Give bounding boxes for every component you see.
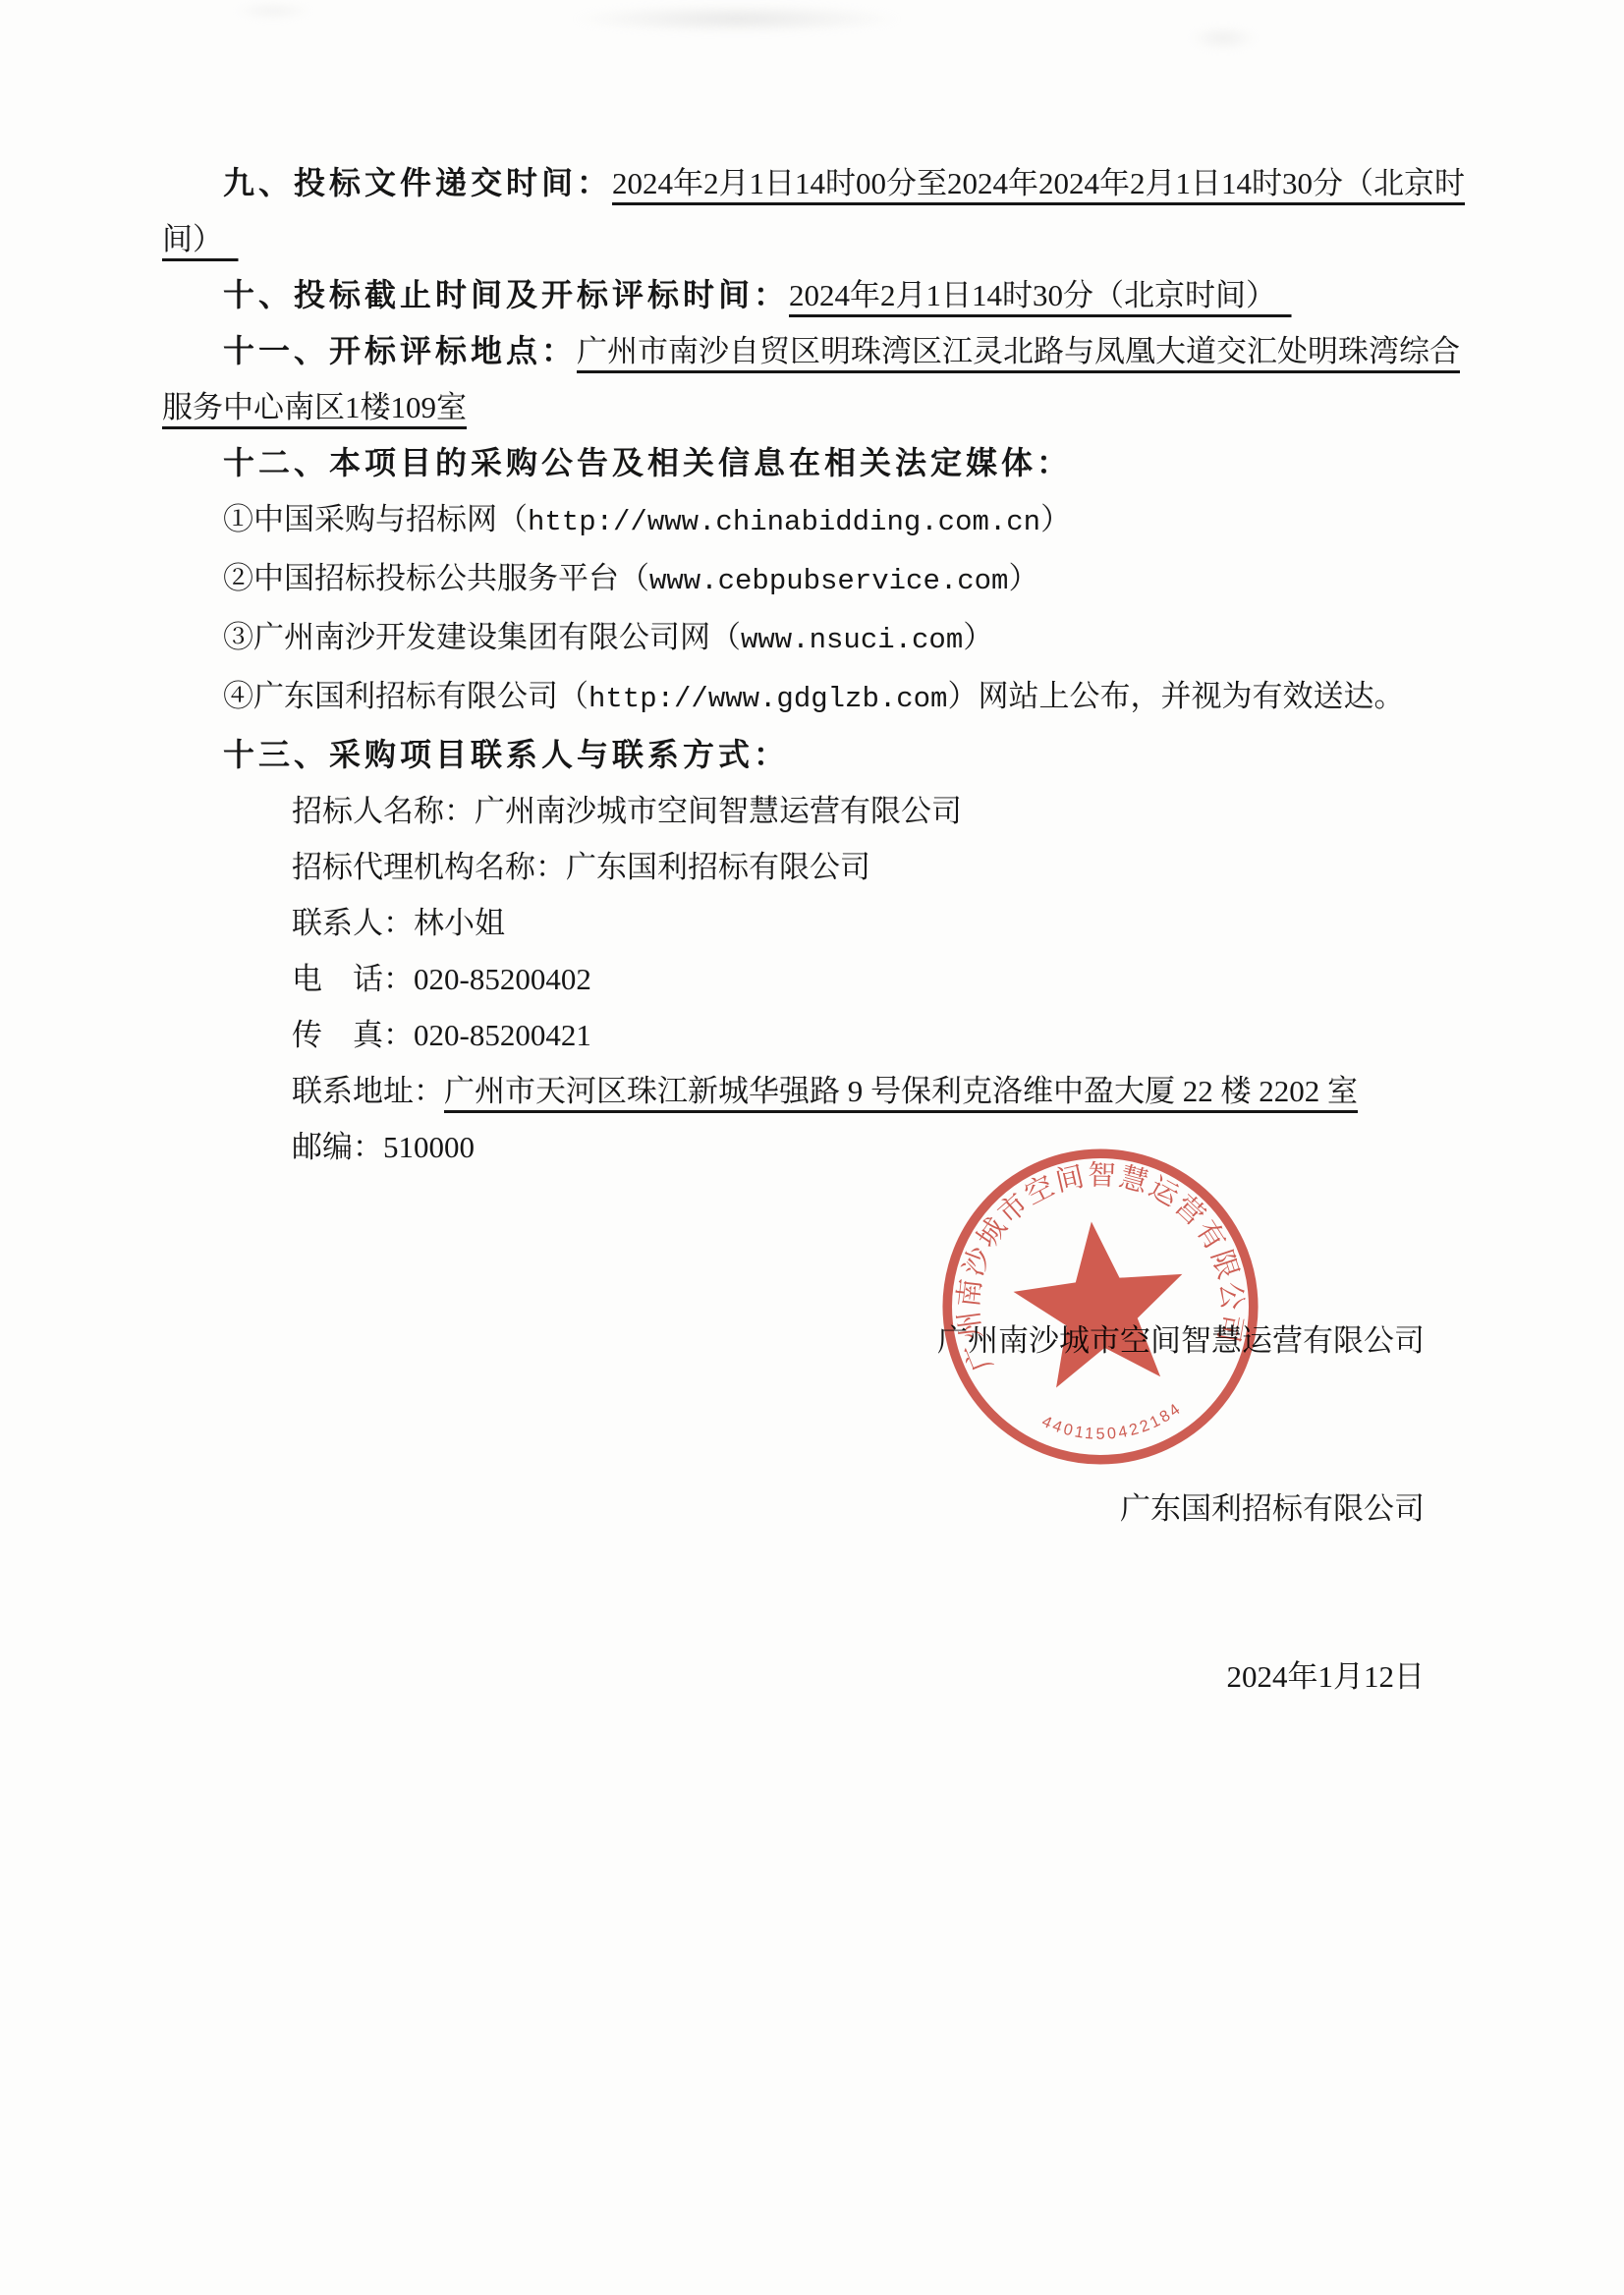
heading-label: 十三、采购项目联系人与联系方式：: [223, 737, 789, 772]
text-segment: 间）: [162, 222, 239, 256]
text-line: 电 话：020-85200402: [162, 951, 1533, 1007]
text-line: 十一、开标评标地点：广州市南沙自贸区明珠湾区江灵北路与凤凰大道交汇处明珠湾综合: [162, 323, 1533, 379]
scan-artifact: [1189, 26, 1258, 51]
text-segment: 服务中心南区1楼109室: [162, 390, 467, 424]
heading-label: 九、投标文件递交时间：: [223, 165, 612, 200]
text-segment: 联系人：林小姐: [292, 906, 505, 940]
scan-artifact: [570, 4, 904, 33]
seal-star-icon: [1007, 1212, 1193, 1390]
text-line: 十、投标截止时间及开标评标时间：2024年2月1日14时30分（北京时间）: [162, 267, 1533, 323]
text-segment: 招标代理机构名称：广东国利招标有限公司: [292, 850, 870, 884]
signature-date: 2024年1月12日: [937, 1649, 1425, 1705]
text-line: 联系人：林小姐: [162, 895, 1533, 951]
heading-label: 十一、开标评标地点：: [223, 333, 577, 368]
text-segment: http://www.chinabidding.com.cn: [528, 506, 1040, 538]
text-segment: 传 真：020-85200421: [292, 1018, 591, 1052]
signature-agency-name: 广东国利招标有限公司: [937, 1481, 1425, 1537]
text-line: 九、投标文件递交时间：2024年2月1日14时00分至2024年2024年2月1…: [162, 155, 1533, 211]
text-segment: 邮编：510000: [292, 1130, 475, 1164]
text-segment: ）: [963, 620, 993, 654]
text-line: 服务中心南区1楼109室: [162, 379, 1533, 435]
document-body: 九、投标文件递交时间：2024年2月1日14时00分至2024年2024年2月1…: [162, 155, 1533, 1175]
text-segment: ③广州南沙开发建设集团有限公司网（: [223, 620, 741, 654]
text-line: 邮编：510000: [162, 1119, 1533, 1175]
heading-label: 十、投标截止时间及开标评标时间：: [223, 277, 789, 312]
text-line: 招标代理机构名称：广东国利招标有限公司: [162, 839, 1533, 895]
text-segment: 联系地址：: [292, 1074, 444, 1108]
text-segment: ④广东国利招标有限公司（: [223, 679, 588, 713]
text-line: ④广东国利招标有限公司（http://www.gdglzb.com）网站上公布，…: [162, 668, 1533, 727]
text-segment: 广州市南沙自贸区明珠湾区江灵北路与凤凰大道交汇处明珠湾综合: [577, 334, 1460, 368]
text-segment: ①中国采购与招标网（: [223, 502, 528, 536]
scan-artifact: [234, 2, 312, 20]
scanned-document-page: 九、投标文件递交时间：2024年2月1日14时00分至2024年2024年2月1…: [0, 0, 1624, 2295]
text-segment: www.nsuci.com: [741, 624, 963, 656]
text-segment: ）网站上公布，并视为有效送达。: [947, 679, 1404, 713]
text-line: 十二、本项目的采购公告及相关信息在相关法定媒体：: [162, 435, 1533, 491]
text-line: 十三、采购项目联系人与联系方式：: [162, 727, 1533, 783]
company-seal: 广州南沙城市空间智慧运营有限公司 4401150422184: [931, 1138, 1269, 1476]
text-segment: ）: [1040, 502, 1071, 536]
heading-label: 十二、本项目的采购公告及相关信息在相关法定媒体：: [223, 445, 1072, 480]
text-segment: 招标人名称：广州南沙城市空间智慧运营有限公司: [292, 794, 962, 828]
text-line: 联系地址：广州市天河区珠江新城华强路 9 号保利克洛维中盈大厦 22 楼 220…: [162, 1063, 1533, 1119]
text-line: ③广州南沙开发建设集团有限公司网（www.nsuci.com）: [162, 609, 1533, 668]
text-segment: 2024年2月1日14时00分至2024年2024年2月1日14时30分（北京时: [612, 166, 1465, 200]
text-segment: 广州市天河区珠江新城华强路 9 号保利克洛维中盈大厦 22 楼 2202 室: [444, 1074, 1358, 1108]
text-line: 间）: [162, 211, 1533, 267]
text-segment: ②中国招标投标公共服务平台（: [223, 561, 649, 595]
text-segment: http://www.gdglzb.com: [588, 683, 947, 715]
text-line: ②中国招标投标公共服务平台（www.cebpubservice.com）: [162, 550, 1533, 609]
text-line: 传 真：020-85200421: [162, 1007, 1533, 1063]
text-line: ①中国采购与招标网（http://www.chinabidding.com.cn…: [162, 491, 1533, 550]
text-segment: ）: [1008, 561, 1038, 595]
text-segment: www.cebpubservice.com: [649, 565, 1008, 597]
text-segment: 电 话：020-85200402: [292, 962, 591, 996]
text-segment: 2024年2月1日14时30分（北京时间）: [789, 278, 1292, 312]
text-line: 招标人名称：广州南沙城市空间智慧运营有限公司: [162, 783, 1533, 839]
